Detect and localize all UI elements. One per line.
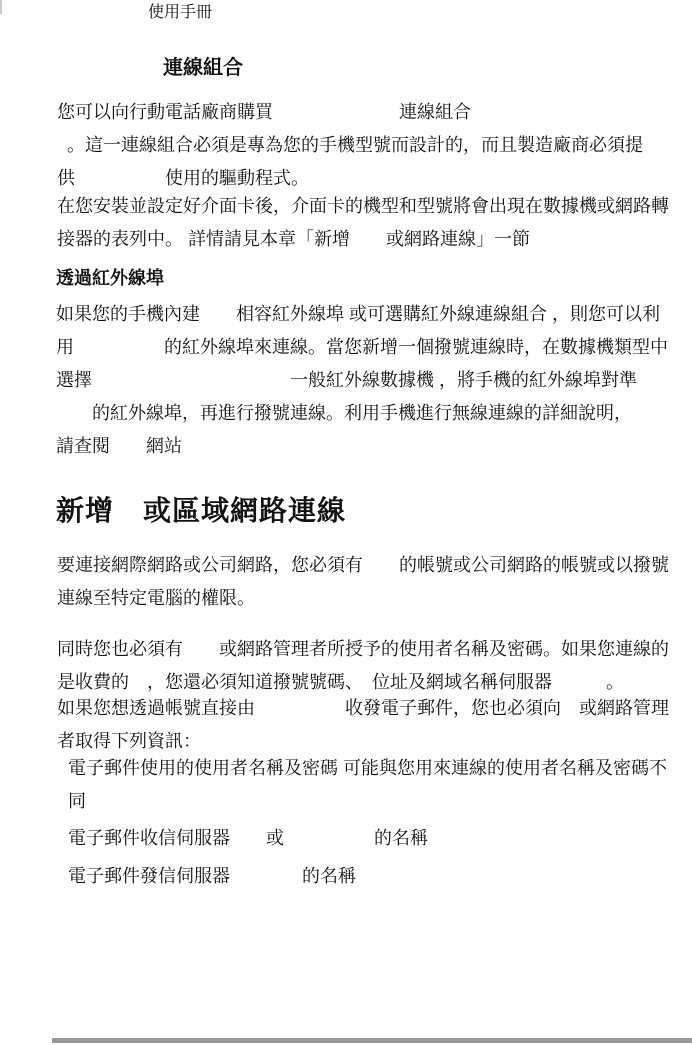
paragraph-internet-account: 要連接網際網路或公司網路，您必須有 的帳號或公司網路的帳號或以撥號連線至特定電腦… [57, 549, 669, 615]
text-line: 用 的紅外線埠來連線。當您新增一個撥號連線時，在數據機類型中 [56, 331, 668, 364]
list-item-email-username-password: 電子郵件使用的使用者名稱及密碼 可能與您用來連線的使用者名稱及密碼不同 [68, 752, 667, 818]
page-header-title: 使用手冊 [148, 3, 212, 23]
text-line: 同 [68, 785, 667, 818]
footer-divider-bar [52, 1038, 692, 1043]
text-line: 您可以向行動電話廠商購買 連線組合 [57, 96, 643, 129]
text-line: 如果您的手機內建 相容紅外線埠 或可選購紅外線連線組合 ，則您可以利 [56, 298, 668, 331]
text-line: 同時您也必須有 或網路管理者所授予的使用者名稱及密碼。如果您連線的 [57, 633, 669, 666]
list-item-outgoing-mail-server: 電子郵件發信伺服器 的名稱 [68, 860, 356, 893]
paragraph-username-password: 同時您也必須有 或網路管理者所授予的使用者名稱及密碼。如果您連線的是收費的 ，您… [57, 633, 669, 699]
section-heading-connection-kit: 連線組合 [163, 56, 243, 80]
text-line: 電子郵件使用的使用者名稱及密碼 可能與您用來連線的使用者名稱及密碼不 [68, 752, 667, 785]
paragraph-email-info: 如果您想透過帳號直接由 收發電子郵件，您也必須向 或網路管理者取得下列資訊： [57, 692, 669, 758]
text-line: 接器的表列中。 詳情請見本章「新增 或網路連線」一節 [57, 223, 669, 256]
paragraph-interface-card: 在您安裝並設定好介面卡後，介面卡的機型和型號將會出現在數據機或網路轉接器的表列中… [57, 190, 669, 256]
text-line: 如果您想透過帳號直接由 收發電子郵件，您也必須向 或網路管理 [57, 692, 669, 725]
text-line: 電子郵件發信伺服器 的名稱 [68, 860, 356, 893]
text-line: 在您安裝並設定好介面卡後，介面卡的機型和型號將會出現在數據機或網路轉 [57, 190, 669, 223]
text-line: 。這一連線組合必須是專為您的手機型號而設計的，而且製造廠商必須提 [57, 129, 643, 162]
paragraph-purchase-connection-kit: 您可以向行動電話廠商購買 連線組合 。這一連線組合必須是專為您的手機型號而設計的… [57, 96, 643, 195]
page-edge-mark [0, 0, 2, 14]
list-item-incoming-mail-server: 電子郵件收信伺服器 或 的名稱 [68, 822, 428, 855]
text-line: 的紅外線埠，再進行撥號連線。利用手機進行無線連線的詳細說明， [56, 397, 668, 430]
paragraph-infrared-details: 如果您的手機內建 相容紅外線埠 或可選購紅外線連線組合 ，則您可以利用 的紅外線… [56, 298, 668, 463]
text-line: 電子郵件收信伺服器 或 的名稱 [68, 822, 428, 855]
text-line: 連線至特定電腦的權限。 [57, 582, 669, 615]
text-line: 請查閱 網站 [56, 430, 668, 463]
text-line: 要連接網際網路或公司網路，您必須有 的帳號或公司網路的帳號或以撥號 [57, 549, 669, 582]
sub-heading-infrared-port: 透過紅外線埠 [56, 266, 164, 290]
main-heading-add-lan-connection: 新增 或區域網路連線 [56, 494, 346, 528]
manual-page: 使用手冊 連線組合 您可以向行動電話廠商購買 連線組合 。這一連線組合必須是專為… [0, 0, 692, 1045]
text-line: 選擇 一般紅外線數據機 ，將手機的紅外線埠對準 [56, 364, 668, 397]
